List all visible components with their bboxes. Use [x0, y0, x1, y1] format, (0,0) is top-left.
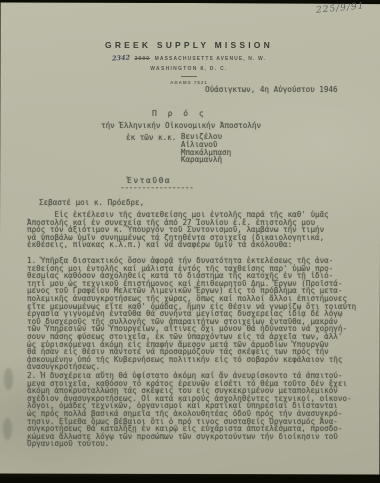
- struck-street-number: 2000: [135, 56, 151, 62]
- salutation: Σεβαστέ μοι κ. Πρόεδρε,: [39, 198, 144, 207]
- body-intro-paragraph: Εἰς ἐκτέλεσιν τῆς ἀνατεθείσης μοι ἐντολῆ…: [27, 211, 359, 249]
- org-name: GREEK SUPPLY MISSION: [58, 40, 320, 50]
- street-name: MASSACHUSETTS AVENUE, N. W.: [155, 56, 266, 62]
- member-name: Καραμανλῆ: [181, 156, 231, 164]
- scan-artifact: [4, 368, 13, 390]
- body-paragraph-1: 1. Ὑπῆρξα διστακτικός ὅσον ἀφορᾷ τήν δυν…: [27, 257, 359, 371]
- members-intro: ἐκ τῶν κ.κ.: [126, 133, 181, 164]
- dateline: Οὐάσιγκτων, 4η Αὐγούστου 1946: [205, 85, 338, 94]
- scanned-letter-page: 225/9/91 GREEK SUPPLY MISSION 2342 2000 …: [0, 0, 380, 483]
- scan-edge-bottom: [0, 475, 380, 483]
- street-address-line: 2342 2000 MASSACHUSETTS AVENUE, N. W.: [58, 54, 320, 62]
- body-paragraph-2: 2. Ἡ δυσχέρεια αὕτη θά ὑφίστατο ἀκόμη κα…: [27, 372, 359, 448]
- handwritten-street-number: 2342: [112, 54, 130, 63]
- members-list: Βενιζέλου Αἰλιανοῦ Μπακάλμπαση Καραμανλῆ: [181, 133, 231, 164]
- recipient-to-label: Π ρ ό ς: [152, 109, 207, 118]
- letterhead: GREEK SUPPLY MISSION 2342 2000 MASSACHUS…: [58, 40, 320, 85]
- city-line: WASHINGTON 8, D. C.: [58, 66, 320, 72]
- letterhead-divider: [181, 76, 197, 77]
- recipient-org-line: τήν Ἑλληνικήν Οἰκονομικήν Ἀποστολήν: [101, 121, 261, 130]
- scan-artifact: [3, 418, 12, 440]
- place-underline: -----------------: [120, 183, 193, 192]
- recipient-members: ἐκ τῶν κ.κ. Βενιζέλου Αἰλιανοῦ Μπακάλμπα…: [126, 133, 231, 164]
